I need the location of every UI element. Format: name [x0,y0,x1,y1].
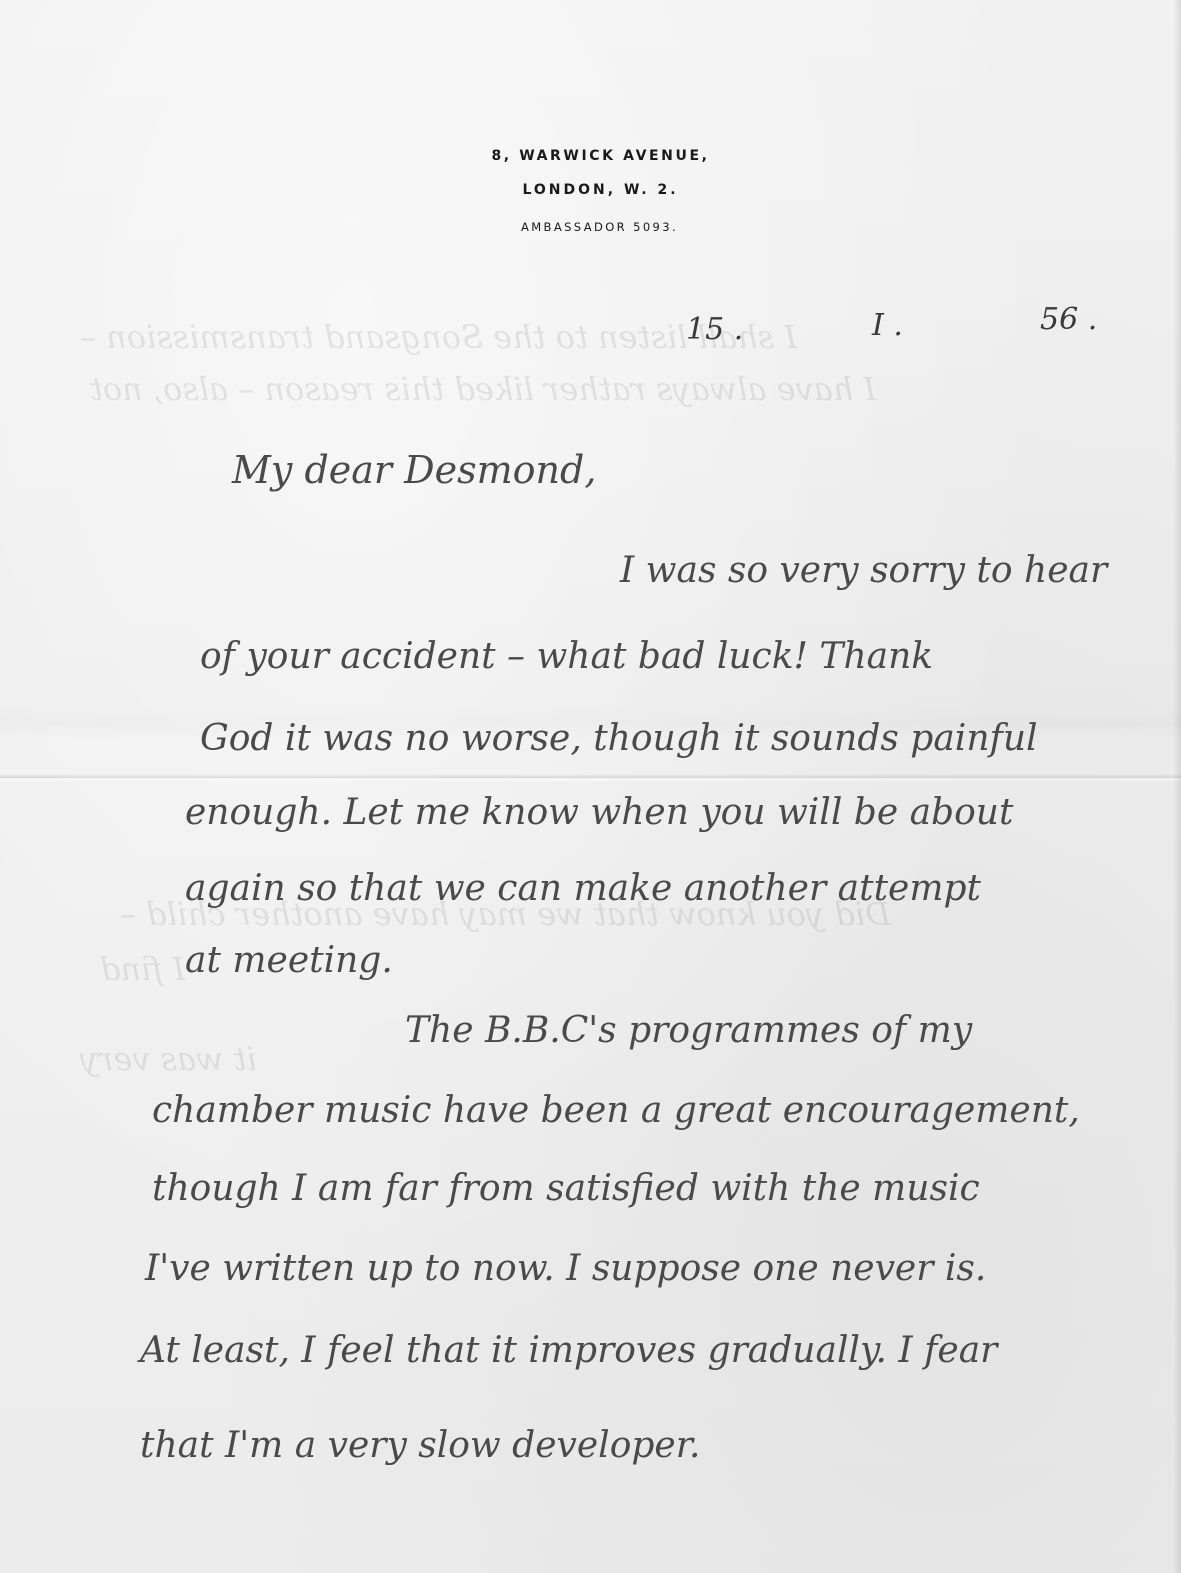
date-year: 56 . [1040,302,1097,337]
paper-edge [1173,0,1181,1573]
date-month: I . [872,308,903,343]
fold-crease [0,774,1181,782]
letter-page: I shall listen to the Songsand transmiss… [0,0,1181,1573]
show-through-text: I find [100,950,185,988]
body-line: enough. Let me know when you will be abo… [185,792,1013,833]
body-line: of your accident – what bad luck! Thank [200,636,933,677]
body-line: At least, I feel that it improves gradua… [140,1330,997,1371]
date-day: 15 . [686,312,743,347]
body-line: again so that we can make another attemp… [185,868,981,909]
show-through-text: I have always rather liked this reason –… [90,370,876,408]
body-line: that I'm a very slow developer. [140,1425,700,1466]
body-line: chamber music have been a great encourag… [152,1090,1080,1131]
body-line: at meeting. [185,940,393,981]
body-line: though I am far from satisfied with the … [152,1168,980,1209]
body-line: God it was no worse, though it sounds pa… [200,718,1038,759]
body-line: I was so very sorry to hear [620,550,1107,591]
show-through-text: it was very [80,1040,257,1078]
letterhead-city: LONDON, W. 2. [20,182,1181,220]
body-line: I've written up to now. I suppose one ne… [145,1248,986,1289]
letterhead-address: 8, WARWICK AVENUE, [20,148,1181,182]
letterhead: 8, WARWICK AVENUE, LONDON, W. 2. AMBASSA… [0,148,1181,234]
salutation: My dear Desmond, [232,448,596,492]
body-line: The B.B.C's programmes of my [405,1010,972,1051]
letterhead-telephone: AMBASSADOR 5093. [18,220,1181,234]
